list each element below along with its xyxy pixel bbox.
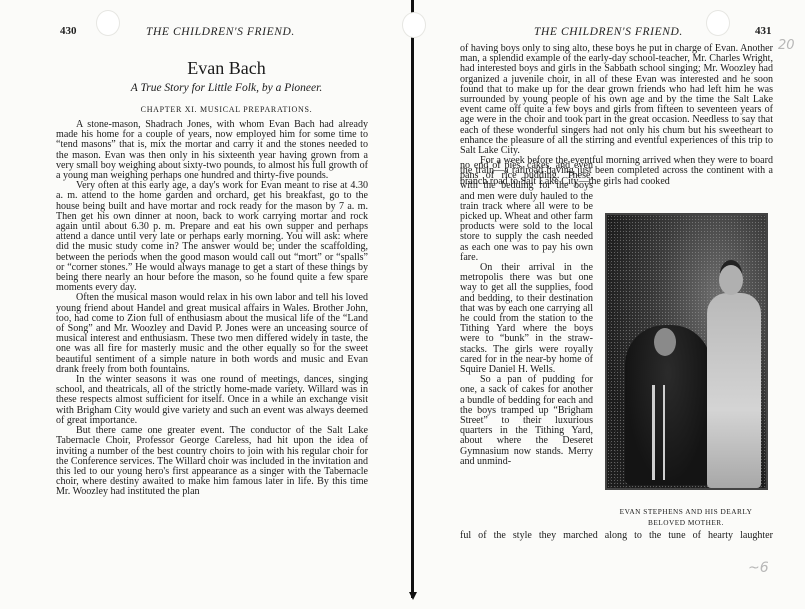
- paragraph: Very often at this early age, a day's wo…: [56, 181, 368, 293]
- closing-line: ful of the style they marched along to t…: [460, 530, 773, 541]
- paragraph: no end of pies, cakes, and even pans of …: [460, 161, 593, 263]
- portrait-photo: [605, 213, 768, 490]
- caption-line: EVAN STEPHENS AND HIS DEARLY: [600, 506, 772, 517]
- page-number: 430: [60, 25, 77, 37]
- paragraph: But there came one greater event. The co…: [56, 426, 368, 497]
- left-page: 430 THE CHILDREN'S FRIEND. Evan Bach A T…: [0, 0, 398, 609]
- chair-back: [652, 385, 665, 480]
- right-page: THE CHILDREN'S FRIEND. 431 20 of having …: [410, 0, 805, 609]
- paragraph: Often the musical mason would relax in h…: [56, 293, 368, 375]
- right-narrow-column: no end of pies, cakes, and even pans of …: [460, 161, 593, 467]
- chapter-heading: CHAPTER XI. MUSICAL PREPARATIONS.: [0, 105, 398, 114]
- paragraph: A stone-mason, Shadrach Jones, with whom…: [56, 120, 368, 181]
- article-title: Evan Bach: [0, 58, 398, 79]
- mother-face: [654, 328, 676, 356]
- paragraph: of having boys only to sing alto, these …: [460, 44, 773, 156]
- page-number: 431: [755, 25, 772, 37]
- left-body-column: A stone-mason, Shadrach Jones, with whom…: [56, 120, 368, 498]
- magazine-spread: 430 THE CHILDREN'S FRIEND. Evan Bach A T…: [0, 0, 805, 609]
- paragraph: So a pan of pudding for one, a sack of c…: [460, 375, 593, 467]
- running-head: THE CHILDREN'S FRIEND.: [534, 26, 683, 38]
- article-subtitle: A True Story for Little Folk, by a Pione…: [0, 82, 398, 94]
- punch-hole-icon: [96, 10, 120, 36]
- margin-note: 20: [778, 38, 795, 53]
- running-head: THE CHILDREN'S FRIEND.: [146, 26, 295, 38]
- caption-line: BELOVED MOTHER.: [600, 517, 772, 528]
- punch-hole-icon: [706, 10, 730, 36]
- standing-son-figure: [707, 293, 761, 488]
- photo-caption: EVAN STEPHENS AND HIS DEARLY BELOVED MOT…: [600, 506, 772, 528]
- son-face: [719, 265, 743, 295]
- paragraph: On their arrival in the metropolis there…: [460, 263, 593, 375]
- margin-note: ~6: [748, 560, 769, 576]
- paragraph: In the winter seasons it was one round o…: [56, 375, 368, 426]
